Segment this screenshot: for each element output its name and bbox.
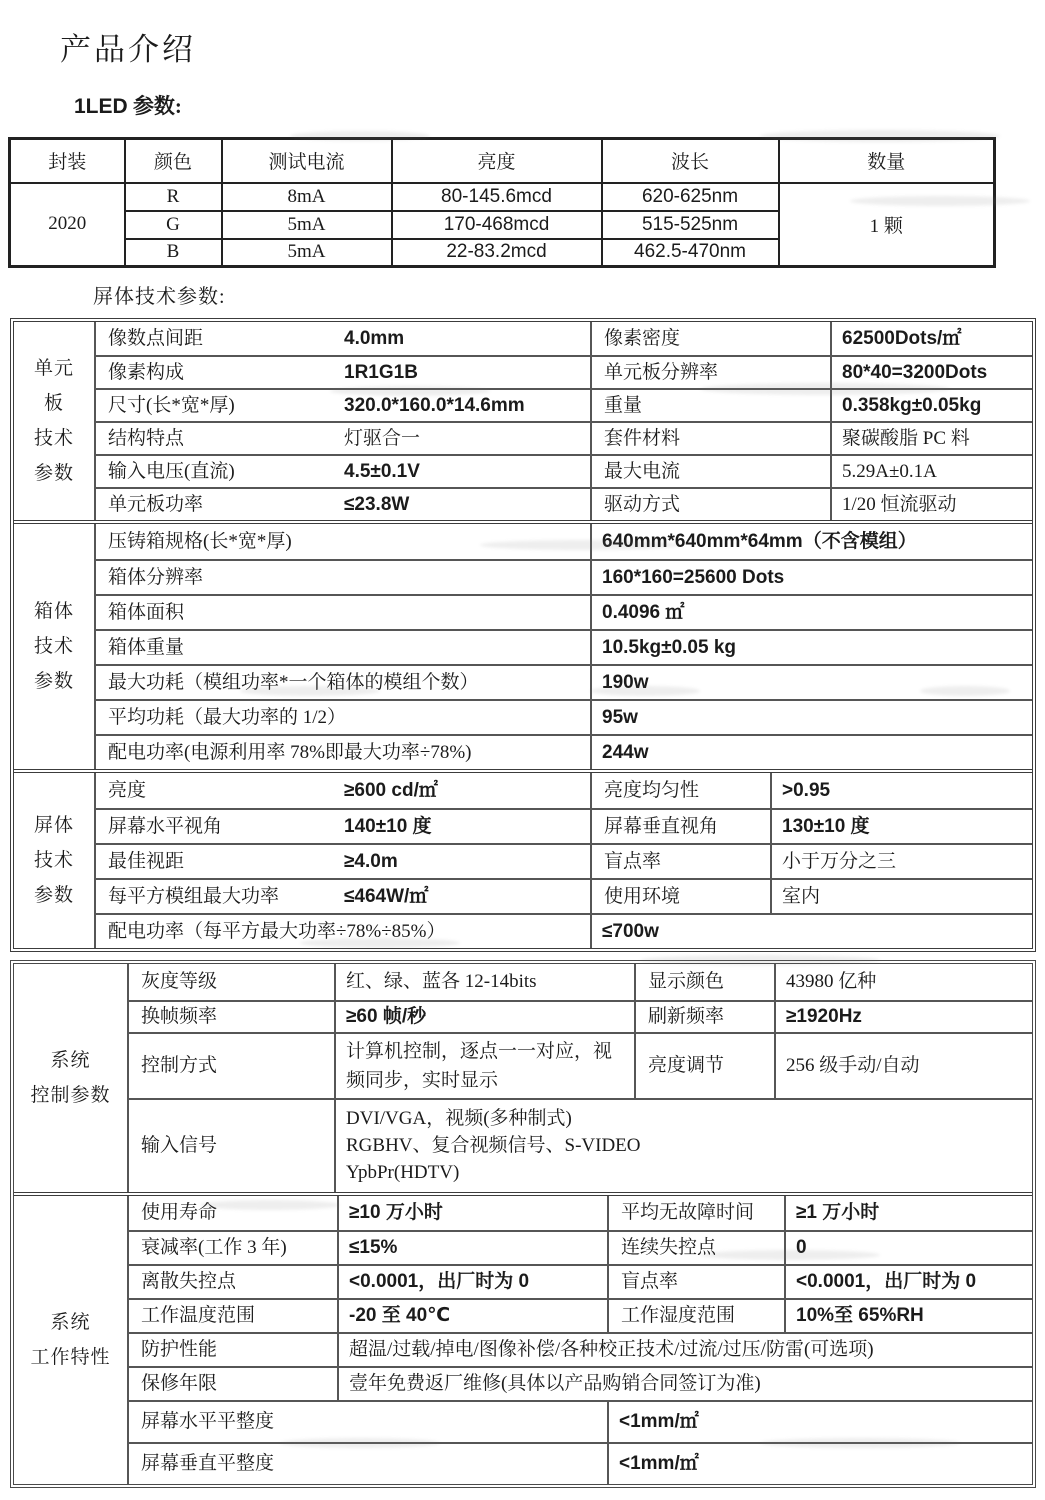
spec-label: 亮度 <box>94 773 334 808</box>
spec-value: 43980 亿种 <box>774 964 1032 1000</box>
table-row: 2020 R 8mA 80-145.6mcd 620-625nm 1 颗 <box>10 183 995 211</box>
spec-label: 像素密度 <box>590 322 830 355</box>
cell-color: R <box>125 183 222 211</box>
spec-label: 保修年限 <box>127 1366 337 1400</box>
spec-value: 小于万分之三 <box>770 843 1032 878</box>
spec-value: 80*40=3200Dots <box>830 355 1032 388</box>
spec-label: 控制方式 <box>127 1032 334 1098</box>
header-color: 颜色 <box>125 139 222 183</box>
spec-label: 亮度均匀性 <box>590 773 770 808</box>
spec-value: <1mm/㎡ <box>607 1442 1032 1484</box>
spec-label: 最佳视距 <box>94 843 334 878</box>
page-title: 产品介绍 <box>60 24 196 69</box>
spec-value: ≤15% <box>337 1230 607 1264</box>
system-spec-table: 系统控制参数 灰度等级 红、绿、蓝各 12-14bits 显示颜色 43980 … <box>10 960 1036 1488</box>
spec-value: 95w <box>590 699 1032 734</box>
section-header-system-working: 系统工作特性 <box>14 1196 127 1484</box>
cell-current: 8mA <box>222 183 392 211</box>
spec-label: 盲点率 <box>607 1264 784 1298</box>
cell-current: 5mA <box>222 239 392 267</box>
spec-value: 320.0*160.0*14.6mm <box>334 388 590 421</box>
spec-label: 屏幕垂直平整度 <box>127 1442 607 1484</box>
spec-value: 计算机控制，逐点一一对应，视频同步，实时显示 <box>334 1032 634 1098</box>
spec-label: 重量 <box>590 388 830 421</box>
spec-label: 输入信号 <box>127 1098 334 1192</box>
spec-value: ≥1 万小时 <box>784 1196 1032 1230</box>
header-wavelength: 波长 <box>602 139 779 183</box>
spec-label: 箱体面积 <box>94 594 590 629</box>
spec-label: 连续失控点 <box>607 1230 784 1264</box>
spec-value: 0.4096 ㎡ <box>590 594 1032 629</box>
spec-label: 单元板功率 <box>94 487 334 520</box>
spec-value: ≤700w <box>590 913 1032 948</box>
screen-section-heading: 屏体技术参数: <box>93 280 226 309</box>
led-parameters-table: 封装 颜色 测试电流 亮度 波长 数量 2020 R 8mA 80-145.6m… <box>8 137 996 268</box>
spec-label: 屏幕水平平整度 <box>127 1400 607 1442</box>
spec-label: 防护性能 <box>127 1332 337 1366</box>
spec-label: 工作湿度范围 <box>607 1298 784 1332</box>
spec-label: 像素构成 <box>94 355 334 388</box>
led-section-heading: 1LED 参数: <box>74 90 182 120</box>
cell-color: G <box>125 211 222 239</box>
spec-label: 灰度等级 <box>127 964 334 1000</box>
spec-label: 配电功率（每平方最大功率÷78%÷85%） <box>94 913 590 948</box>
spec-label: 输入电压(直流) <box>94 454 334 487</box>
spec-value: 62500Dots/㎡ <box>830 322 1032 355</box>
spec-value-input-signals: DVI/VGA，视频(多种制式) RGBHV、复合视频信号、S-VIDEO Yp… <box>334 1098 1032 1192</box>
cabinet-section: 箱体技术参数 压铸箱规格(长*宽*厚) 640mm*640mm*64mm（不含模… <box>14 520 1032 769</box>
spec-value: -20 至 40℃ <box>337 1298 607 1332</box>
spec-value: <1mm/㎡ <box>607 1400 1032 1442</box>
spec-label: 压铸箱规格(长*宽*厚) <box>94 524 590 559</box>
cell-brightness: 22-83.2mcd <box>392 239 602 267</box>
spec-value: 0 <box>784 1230 1032 1264</box>
section-header-screen: 屏体技术参数 <box>14 773 94 948</box>
spec-value: 1/20 恒流驱动 <box>830 487 1032 520</box>
cell-color: B <box>125 239 222 267</box>
spec-value: 10.5kg±0.05 kg <box>590 629 1032 664</box>
spec-label: 平均功耗（最大功率的 1/2） <box>94 699 590 734</box>
led-heading-text: 参数: <box>128 94 182 118</box>
spec-label: 箱体重量 <box>94 629 590 664</box>
section-header-unit-board: 单元板技术参数 <box>14 322 94 520</box>
spec-value: 130±10 度 <box>770 808 1032 843</box>
spec-value: 红、绿、蓝各 12-14bits <box>334 964 634 1000</box>
system-control-section: 系统控制参数 灰度等级 红、绿、蓝各 12-14bits 显示颜色 43980 … <box>14 964 1032 1192</box>
cell-wavelength: 462.5-470nm <box>602 239 779 267</box>
system-working-section: 系统工作特性 使用寿命 ≥10 万小时 平均无故障时间 ≥1 万小时 衰减率(工… <box>14 1192 1032 1484</box>
spec-value: 640mm*640mm*64mm（不含模组） <box>590 524 1032 559</box>
spec-value: ≥4.0m <box>334 843 590 878</box>
spec-value: 140±10 度 <box>334 808 590 843</box>
spec-value: ≤23.8W <box>334 487 590 520</box>
spec-value: ≥60 帧/秒 <box>334 1000 634 1032</box>
spec-value: 室内 <box>770 878 1032 913</box>
spec-value: ≥10 万小时 <box>337 1196 607 1230</box>
cell-brightness: 170-468mcd <box>392 211 602 239</box>
cell-brightness: 80-145.6mcd <box>392 183 602 211</box>
spec-value: 灯驱合一 <box>334 421 590 454</box>
spec-label: 显示颜色 <box>634 964 774 1000</box>
spec-value: <0.0001，出厂时为 0 <box>337 1264 607 1298</box>
spec-label: 亮度调节 <box>634 1032 774 1098</box>
spec-label: 单元板分辨率 <box>590 355 830 388</box>
spec-value: 聚碳酸脂 PC 料 <box>830 421 1032 454</box>
cell-package: 2020 <box>10 183 125 267</box>
spec-label: 配电功率(电源利用率 78%即最大功率÷78%) <box>94 734 590 769</box>
header-qty: 数量 <box>779 139 995 183</box>
led-header-row: 封装 颜色 测试电流 亮度 波长 数量 <box>10 139 995 183</box>
header-brightness: 亮度 <box>392 139 602 183</box>
cell-wavelength: 620-625nm <box>602 183 779 211</box>
spec-label: 屏幕垂直视角 <box>590 808 770 843</box>
section-header-system-control: 系统控制参数 <box>14 964 127 1192</box>
header-current: 测试电流 <box>222 139 392 183</box>
spec-value: 超温/过载/掉电/图像补偿/各种校正技术/过流/过压/防雷(可选项) <box>337 1332 1032 1366</box>
spec-label: 离散失控点 <box>127 1264 337 1298</box>
spec-label: 像数点间距 <box>94 322 334 355</box>
cell-wavelength: 515-525nm <box>602 211 779 239</box>
input-signal-line: DVI/VGA，视频(多种制式) <box>346 1107 572 1131</box>
spec-value: 壹年免费返厂维修(具体以产品购销合同签订为准) <box>337 1366 1032 1400</box>
spec-value: <0.0001，出厂时为 0 <box>784 1264 1032 1298</box>
spec-label: 尺寸(长*宽*厚) <box>94 388 334 421</box>
spec-value: 4.5±0.1V <box>334 454 590 487</box>
spec-label: 屏幕水平视角 <box>94 808 334 843</box>
spec-label: 换帧频率 <box>127 1000 334 1032</box>
spec-value: 5.29A±0.1A <box>830 454 1032 487</box>
spec-label: 盲点率 <box>590 843 770 878</box>
spec-value: 190w <box>590 664 1032 699</box>
spec-label: 最大功耗（模组功率*一个箱体的模组个数） <box>94 664 590 699</box>
section-header-cabinet: 箱体技术参数 <box>14 524 94 769</box>
spec-label: 套件材料 <box>590 421 830 454</box>
spec-value: 256 级手动/自动 <box>774 1032 1032 1098</box>
header-package: 封装 <box>10 139 125 183</box>
spec-label: 刷新频率 <box>634 1000 774 1032</box>
spec-value: 160*160=25600 Dots <box>590 559 1032 594</box>
unit-board-section: 单元板技术参数 像数点间距 4.0mm 像素密度 62500Dots/㎡ 像素构… <box>14 322 1032 520</box>
screen-spec-table: 单元板技术参数 像数点间距 4.0mm 像素密度 62500Dots/㎡ 像素构… <box>10 318 1036 952</box>
spec-label: 衰减率(工作 3 年) <box>127 1230 337 1264</box>
spec-label: 箱体分辨率 <box>94 559 590 594</box>
input-signal-line: RGBHV、复合视频信号、S-VIDEO <box>346 1134 641 1158</box>
spec-value: 0.358kg±0.05kg <box>830 388 1032 421</box>
spec-label: 驱动方式 <box>590 487 830 520</box>
input-signal-line: YpbPr(HDTV) <box>346 1161 459 1185</box>
spec-value: 10%至 65%RH <box>784 1298 1032 1332</box>
spec-value: 244w <box>590 734 1032 769</box>
cell-current: 5mA <box>222 211 392 239</box>
cell-qty: 1 颗 <box>779 183 995 267</box>
spec-value: ≤464W/㎡ <box>334 878 590 913</box>
spec-label: 结构特点 <box>94 421 334 454</box>
spec-value: >0.95 <box>770 773 1032 808</box>
screen-body-section: 屏体技术参数 亮度 ≥600 cd/㎡ 亮度均匀性 >0.95 屏幕水平视角 1… <box>14 769 1032 948</box>
spec-value: ≥600 cd/㎡ <box>334 773 590 808</box>
spec-label: 使用环境 <box>590 878 770 913</box>
spec-label: 平均无故障时间 <box>607 1196 784 1230</box>
spec-value: 4.0mm <box>334 322 590 355</box>
spec-label: 工作温度范围 <box>127 1298 337 1332</box>
led-heading-number: 1LED <box>74 95 128 118</box>
spec-label: 最大电流 <box>590 454 830 487</box>
spec-label: 每平方模组最大功率 <box>94 878 334 913</box>
spec-label: 使用寿命 <box>127 1196 337 1230</box>
spec-value: 1R1G1B <box>334 355 590 388</box>
spec-value: ≥1920Hz <box>774 1000 1032 1032</box>
